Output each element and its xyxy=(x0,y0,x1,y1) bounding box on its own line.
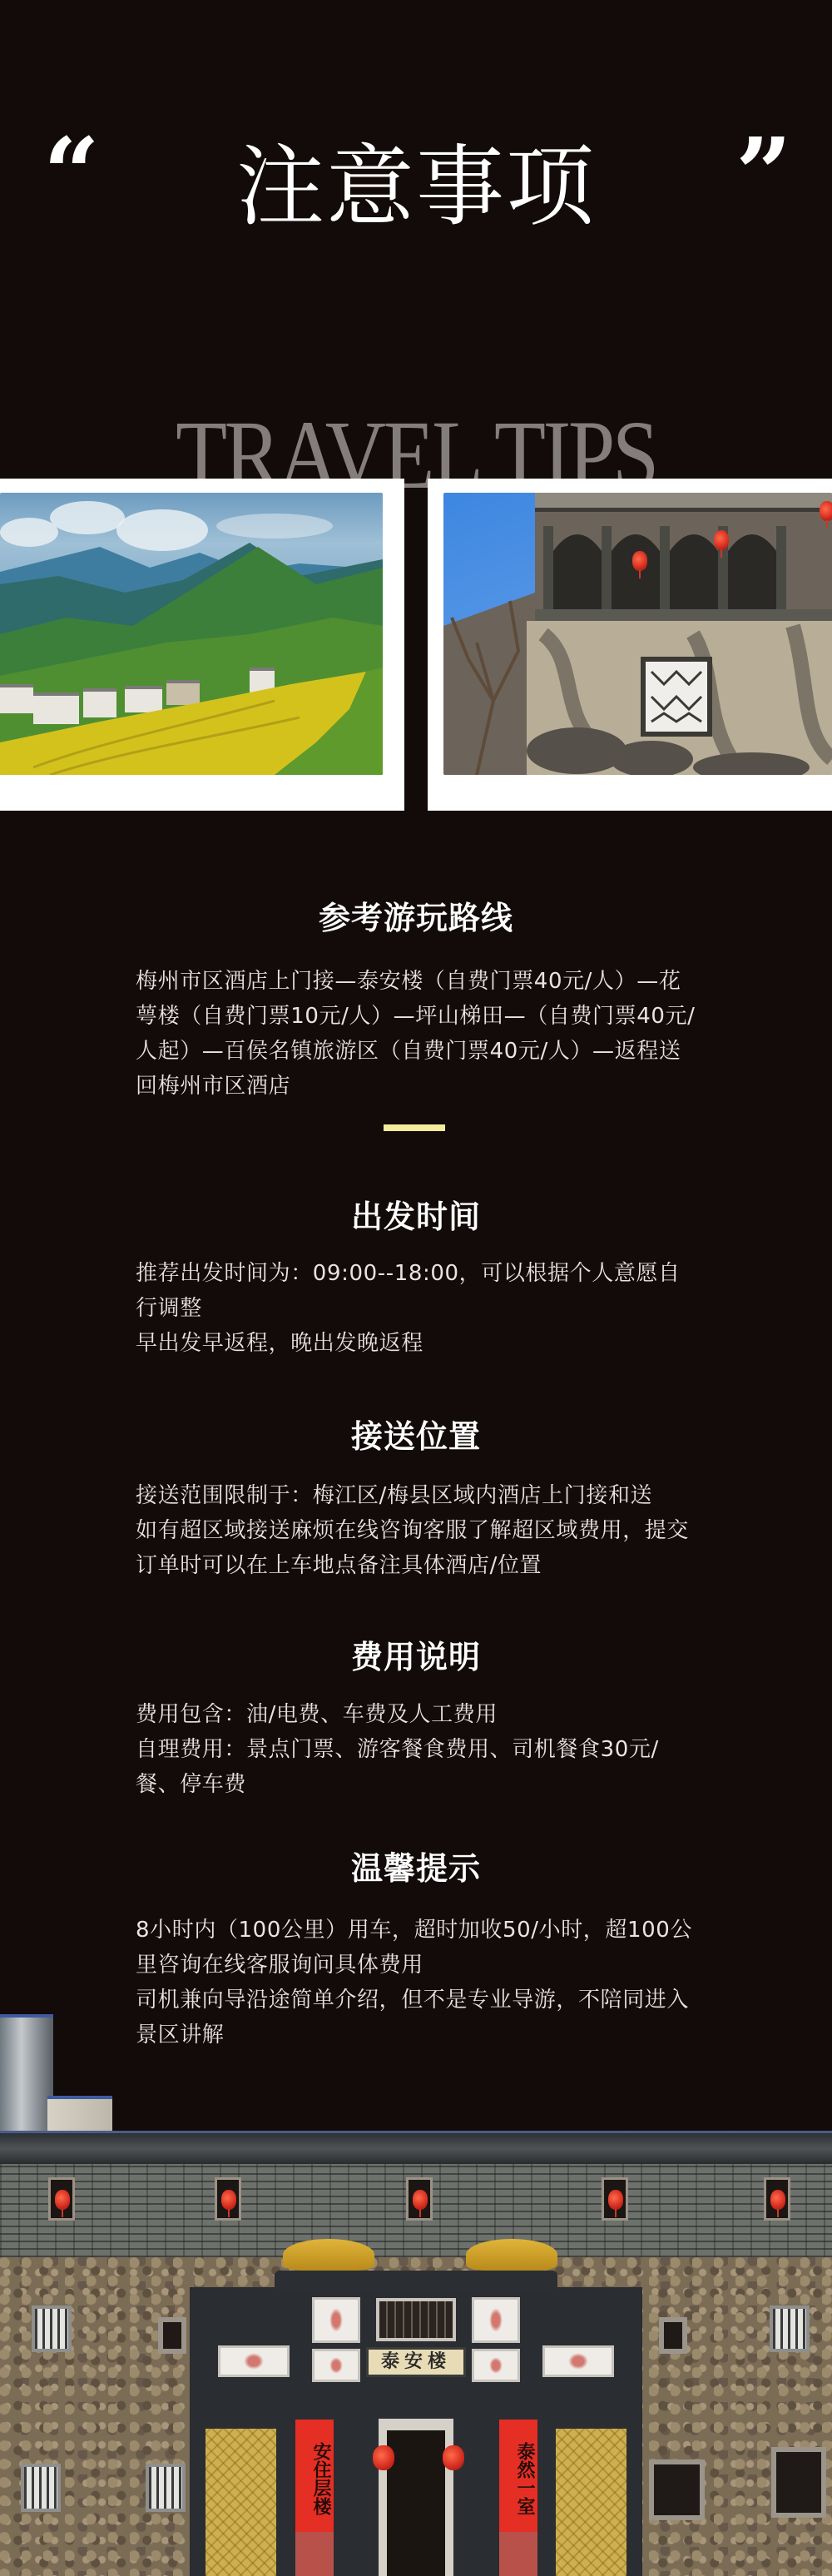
right-roof-ornament xyxy=(466,2239,557,2271)
pickup-line-2: 如有超区域接送麻烦在线咨询客服了解超区域费用，提交订单时可以在上车地点备注具体酒… xyxy=(136,1513,701,1583)
close-quote-mark: ” xyxy=(735,125,792,223)
section-body-route: 梅州市区酒店上门接—泰安楼（自费门票40元/人）—花萼楼（自费门票10元/人）—… xyxy=(136,964,701,1104)
tips-line-2: 司机兼向导沿途简单介绍，但不是专业导游，不陪同进入景区讲解 xyxy=(136,1983,701,2052)
left-couplet: 安住层楼 xyxy=(295,2420,334,2532)
mountain-village-terraces-photo xyxy=(0,493,383,775)
page-title: 注意事项 xyxy=(0,133,832,241)
section-body-departure: 推荐出发时间为：09:00--18:00，可以根据个人意愿自行调整 早出发早返程… xyxy=(136,1256,701,1361)
gate-plaque: 泰安楼 xyxy=(366,2347,466,2377)
departure-line-2: 早出发早返程，晚出发晚返程 xyxy=(136,1326,701,1361)
right-couplet: 泰然一室 xyxy=(499,2420,537,2532)
fees-line-1: 费用包含：油/电费、车费及人工费用 xyxy=(136,1697,701,1732)
section-title-pickup: 接送位置 xyxy=(0,1416,832,1457)
section-title-fees: 费用说明 xyxy=(0,1636,832,1678)
pickup-line-1: 接送范围限制于：梅江区/梅县区域内酒店上门接和送 xyxy=(136,1478,701,1513)
section-title-route: 参考游玩路线 xyxy=(0,897,832,939)
fees-line-2: 自理费用：景点门票、游客餐食费用、司机餐食30元/餐、停车费 xyxy=(136,1732,701,1802)
section-body-pickup: 接送范围限制于：梅江区/梅县区域内酒店上门接和送 如有超区域接送麻烦在线咨询客服… xyxy=(136,1478,701,1583)
photo-frame-right xyxy=(428,479,832,811)
section-body-fees: 费用包含：油/电费、车费及人工费用 自理费用：景点门票、游客餐食费用、司机餐食3… xyxy=(136,1697,701,1802)
section-title-departure: 出发时间 xyxy=(0,1196,832,1238)
section-title-tips: 温馨提示 xyxy=(0,1848,832,1889)
route-text: 梅州市区酒店上门接—泰安楼（自费门票40元/人）—花萼楼（自费门票10元/人）—… xyxy=(136,964,701,1104)
historic-building-balcony-photo xyxy=(443,493,832,775)
section-body-tips: 8小时内（100公里）用车，超时加收50/小时，超100公里咨询在线客服询问具体… xyxy=(136,1913,701,2052)
section-divider-bar xyxy=(384,1124,445,1131)
photo-frame-left xyxy=(0,479,404,811)
left-roof-ornament xyxy=(283,2239,374,2271)
departure-line-1: 推荐出发时间为：09:00--18:00，可以根据个人意愿自行调整 xyxy=(136,1256,701,1326)
tips-line-1: 8小时内（100公里）用车，超时加收50/小时，超100公里咨询在线客服询问具体… xyxy=(136,1913,701,1983)
